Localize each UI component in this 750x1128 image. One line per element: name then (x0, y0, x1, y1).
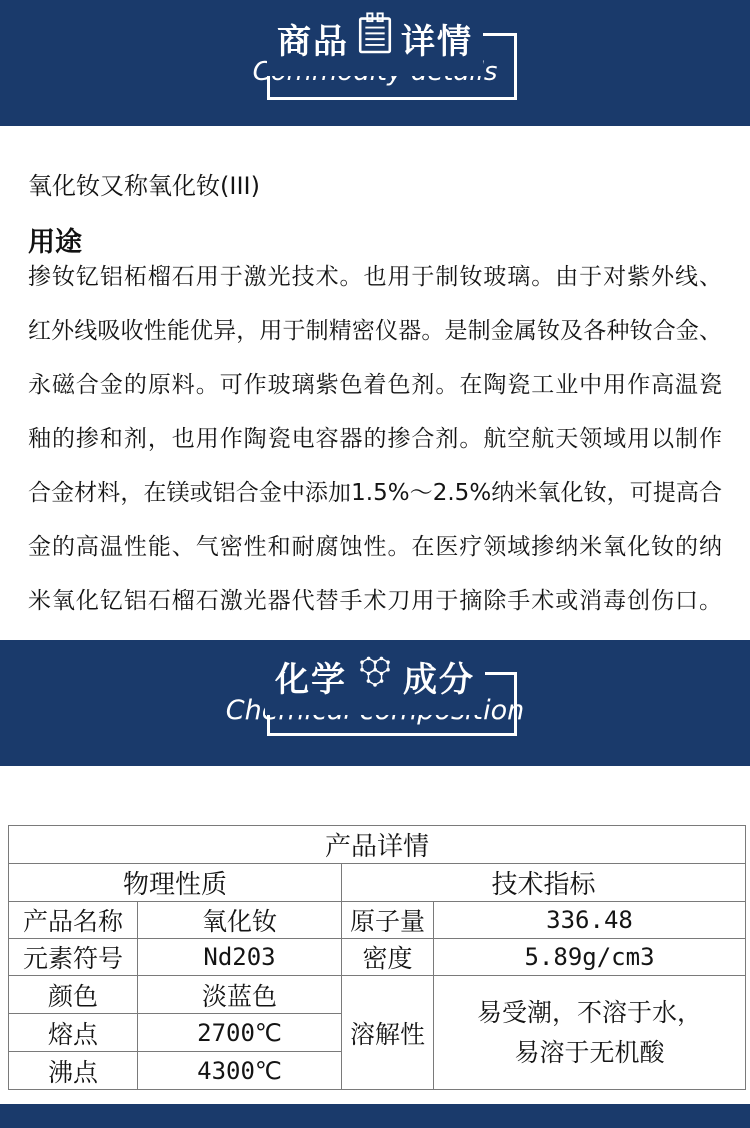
banner-title-right: 成分 (403, 660, 475, 700)
product-spec-table: 产品详情 物理性质 技术指标 产品名称 氧化钕 原子量 336.48 元素符号 … (8, 825, 746, 1090)
chemical-composition-banner: 化学 成分 Chemical compositio (0, 640, 750, 766)
row-label: 沸点 (9, 1052, 138, 1090)
banner-title-row: 化学 成分 (0, 648, 750, 696)
banner-title-left: 化学 (275, 660, 347, 700)
row-value: 2700℃ (138, 1014, 342, 1052)
row-label: 密度 (342, 939, 434, 976)
row-label: 原子量 (342, 902, 434, 939)
table-title: 产品详情 (9, 826, 746, 864)
row-label: 颜色 (9, 976, 138, 1014)
molecule-icon (355, 648, 395, 709)
paragraph-line: 合金材料，在镁或铝合金中添加1.5%～2.5%纳米氧化钕，可提高合 (28, 466, 722, 520)
column-header-technical: 技术指标 (342, 864, 746, 902)
banner-title-left: 商品 (277, 22, 349, 62)
paragraph-line: 永磁合金的原料。可作玻璃紫色着色剂。在陶瓷工业中用作高温瓷 (28, 358, 722, 412)
paragraph-line: 金的高温性能、气密性和耐腐蚀性。在医疗领域掺纳米氧化钕的纳 (28, 520, 722, 574)
row-value: 氧化钕 (138, 902, 342, 939)
solubility-line: 易溶于无机酸 (434, 1033, 745, 1073)
row-value: Nd203 (138, 939, 342, 976)
row-value: 336.48 (434, 902, 746, 939)
banner-title-right: 详情 (401, 22, 473, 62)
paragraph-line: 红外线吸收性能优异，用于制精密仪器。是制金属钕及各种钕合金、 (28, 304, 722, 358)
usage-paragraph: 掺钕钇铝柘榴石用于激光技术。也用于制钕玻璃。由于对紫外线、 红外线吸收性能优异，… (28, 250, 722, 628)
row-label: 产品名称 (9, 902, 138, 939)
paragraph-line: 米氧化钇铝石榴石激光器代替手术刀用于摘除手术或消毒创伤口。 (28, 574, 722, 628)
product-alias-text: 氧化钕又称氧化钕(III) (28, 166, 728, 201)
row-label: 元素符号 (9, 939, 138, 976)
row-label: 熔点 (9, 1014, 138, 1052)
clipboard-icon (357, 11, 393, 70)
commodity-details-banner: 商品 详情 Commodity details (0, 0, 750, 126)
solubility-line: 易受潮，不溶于水， (434, 993, 745, 1033)
solubility-label: 溶解性 (342, 976, 434, 1090)
row-value: 淡蓝色 (138, 976, 342, 1014)
banner-title-text: 商品 详情 (267, 11, 483, 76)
column-header-physical: 物理性质 (9, 864, 342, 902)
row-value: 4300℃ (138, 1052, 342, 1090)
solubility-value: 易受潮，不溶于水， 易溶于无机酸 (434, 976, 746, 1090)
next-section-banner-cutoff (0, 1104, 750, 1128)
banner-title-text: 化学 成分 (265, 648, 485, 715)
banner-title-row: 商品 详情 (0, 11, 750, 59)
paragraph-line: 掺钕钇铝柘榴石用于激光技术。也用于制钕玻璃。由于对紫外线、 (28, 250, 722, 304)
paragraph-line: 釉的掺和剂，也用作陶瓷电容器的掺合剂。航空航天领域用以制作 (28, 412, 722, 466)
row-value: 5.89g/cm3 (434, 939, 746, 976)
product-detail-page: 商品 详情 Commodity details 氧化钕又称氧化钕(III) 用途… (0, 0, 750, 1128)
